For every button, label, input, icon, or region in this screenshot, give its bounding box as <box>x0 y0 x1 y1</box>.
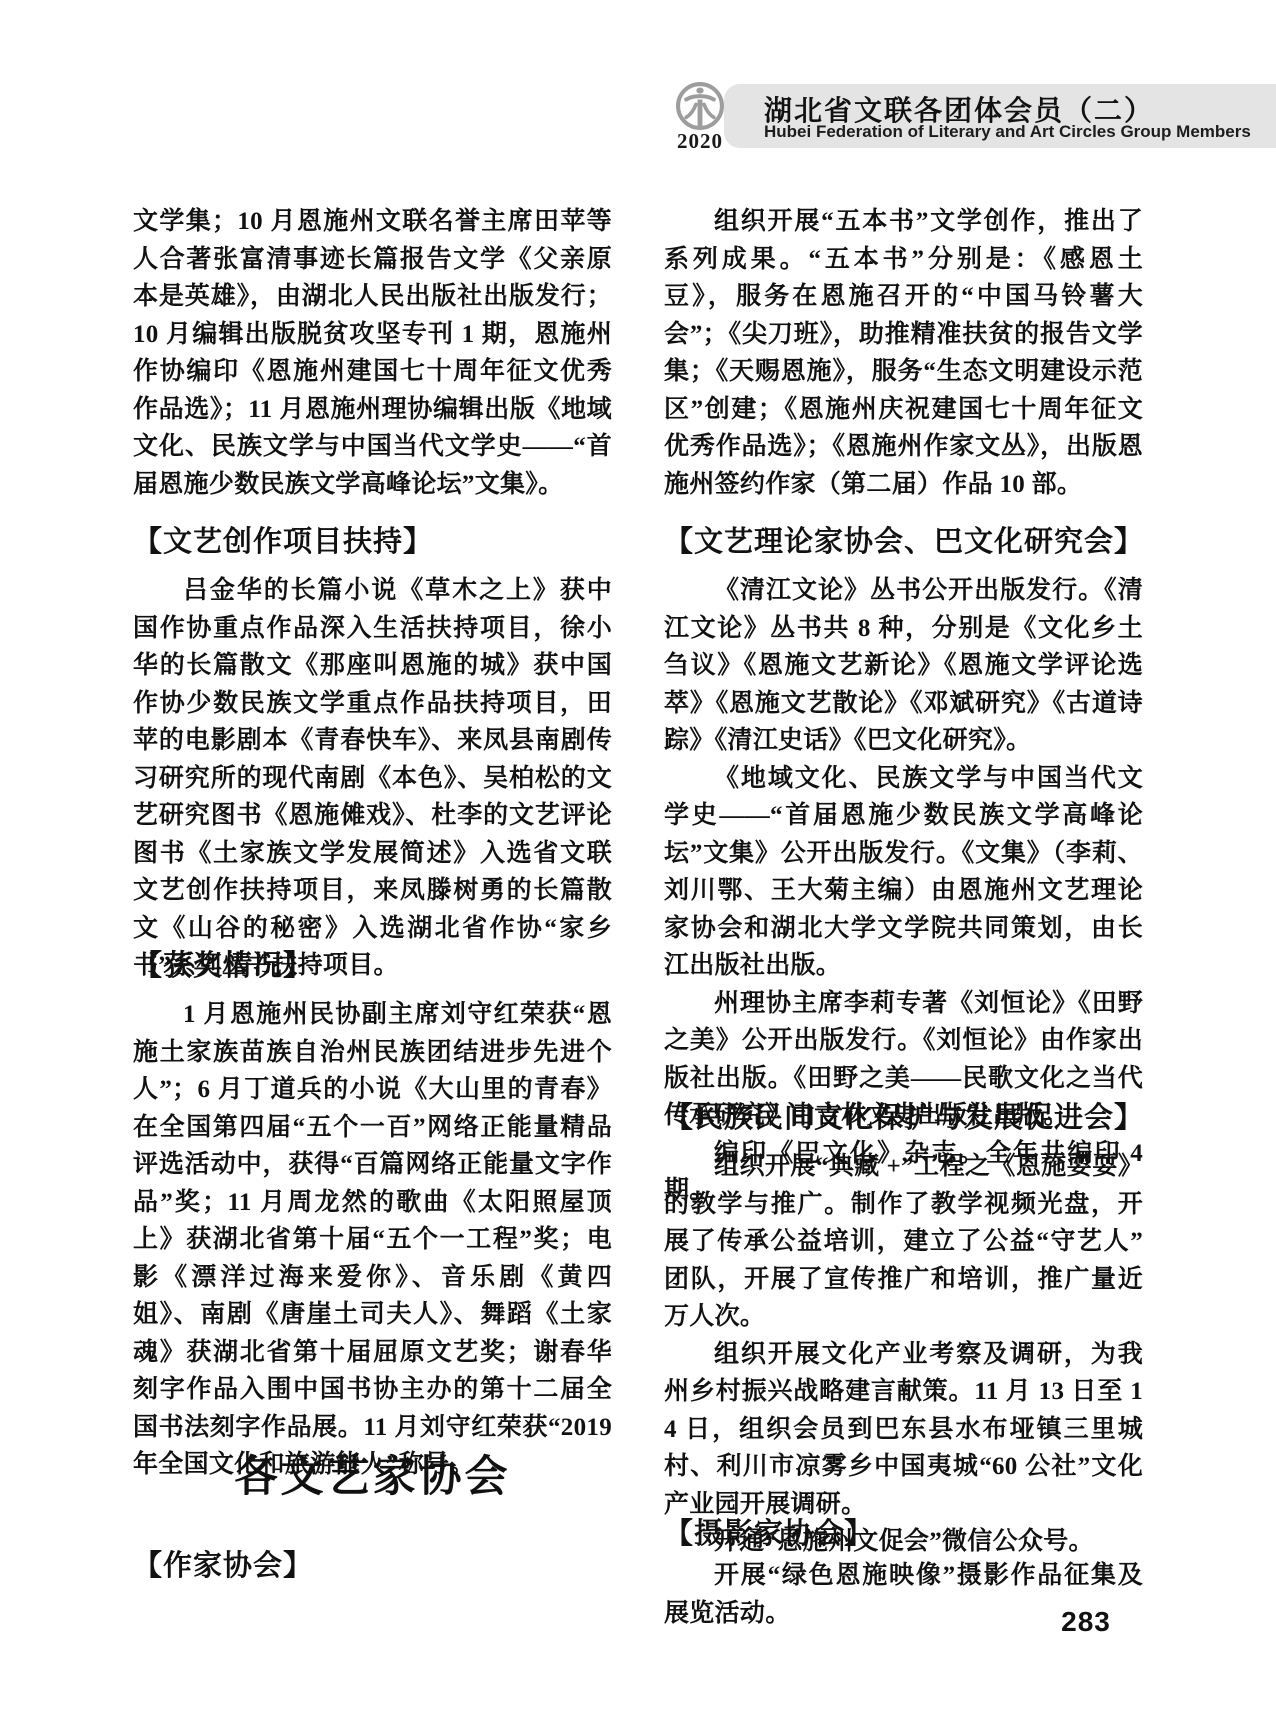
paragraph: 《清江文论》丛书公开出版发行。《清江文论》丛书共 8 种，分别是《文化乡土刍议》… <box>664 572 1143 760</box>
section-body: 组织开展“典藏 +”工程之《恩施耍耍》的教学与推广。制作了教学视频光盘，开展了传… <box>664 1148 1143 1561</box>
section-heading-folk-culture-protection: 【民族民间文化保护与发展促进会】 <box>664 1100 1143 1136</box>
paragraph: 吕金华的长篇小说《草木之上》获中国作协重点作品深入生活扶持项目，徐小华的长篇散文… <box>133 572 612 985</box>
paragraph: 《地域文化、民族文学与中国当代文学史——“首届恩施少数民族文学高峰论坛”文集》公… <box>664 760 1143 985</box>
right-column: 组织开展“五本书”文学创作，推出了系列成果。“五本书”分别是：《感恩土豆》，服务… <box>664 0 1143 1719</box>
section-heading-theorists-ba-culture: 【文艺理论家协会、巴文化研究会】 <box>664 524 1143 560</box>
yearbook-page: 2020 湖北省文联各团体会员（二） Hubei Federation of L… <box>0 0 1276 1719</box>
left-column: 文学集；10 月恩施州文联名誉主席田苹等人合著张富清事迹长篇报告文学《父亲原本是… <box>133 0 612 1719</box>
chapter-title: 各文艺家协会 <box>133 1452 612 1502</box>
paragraph: 组织开展“五本书”文学创作，推出了系列成果。“五本书”分别是：《感恩土豆》，服务… <box>664 203 1143 503</box>
section-heading-awards: 【获奖情况】 <box>133 948 612 984</box>
section-heading-writers-association: 【作家协会】 <box>133 1548 612 1584</box>
paragraph: 1 月恩施州民协副主席刘守红荣获“恩施土家族苗族自治州民族团结进步先进个人”；6… <box>133 996 612 1484</box>
paragraph: 组织开展文化产业考察及调研，为我州乡村振兴战略建言献策。11 月 13 日至 1… <box>664 1336 1143 1524</box>
section-heading-photographers-association: 【摄影家协会】 <box>664 1516 1143 1552</box>
section-heading-creation-support: 【文艺创作项目扶持】 <box>133 524 612 560</box>
paragraph: 组织开展“典藏 +”工程之《恩施耍耍》的教学与推广。制作了教学视频光盘，开展了传… <box>664 1148 1143 1336</box>
page-number: 283 <box>1056 1606 1116 1638</box>
paragraph-continued: 文学集；10 月恩施州文联名誉主席田苹等人合著张富清事迹长篇报告文学《父亲原本是… <box>133 203 612 503</box>
